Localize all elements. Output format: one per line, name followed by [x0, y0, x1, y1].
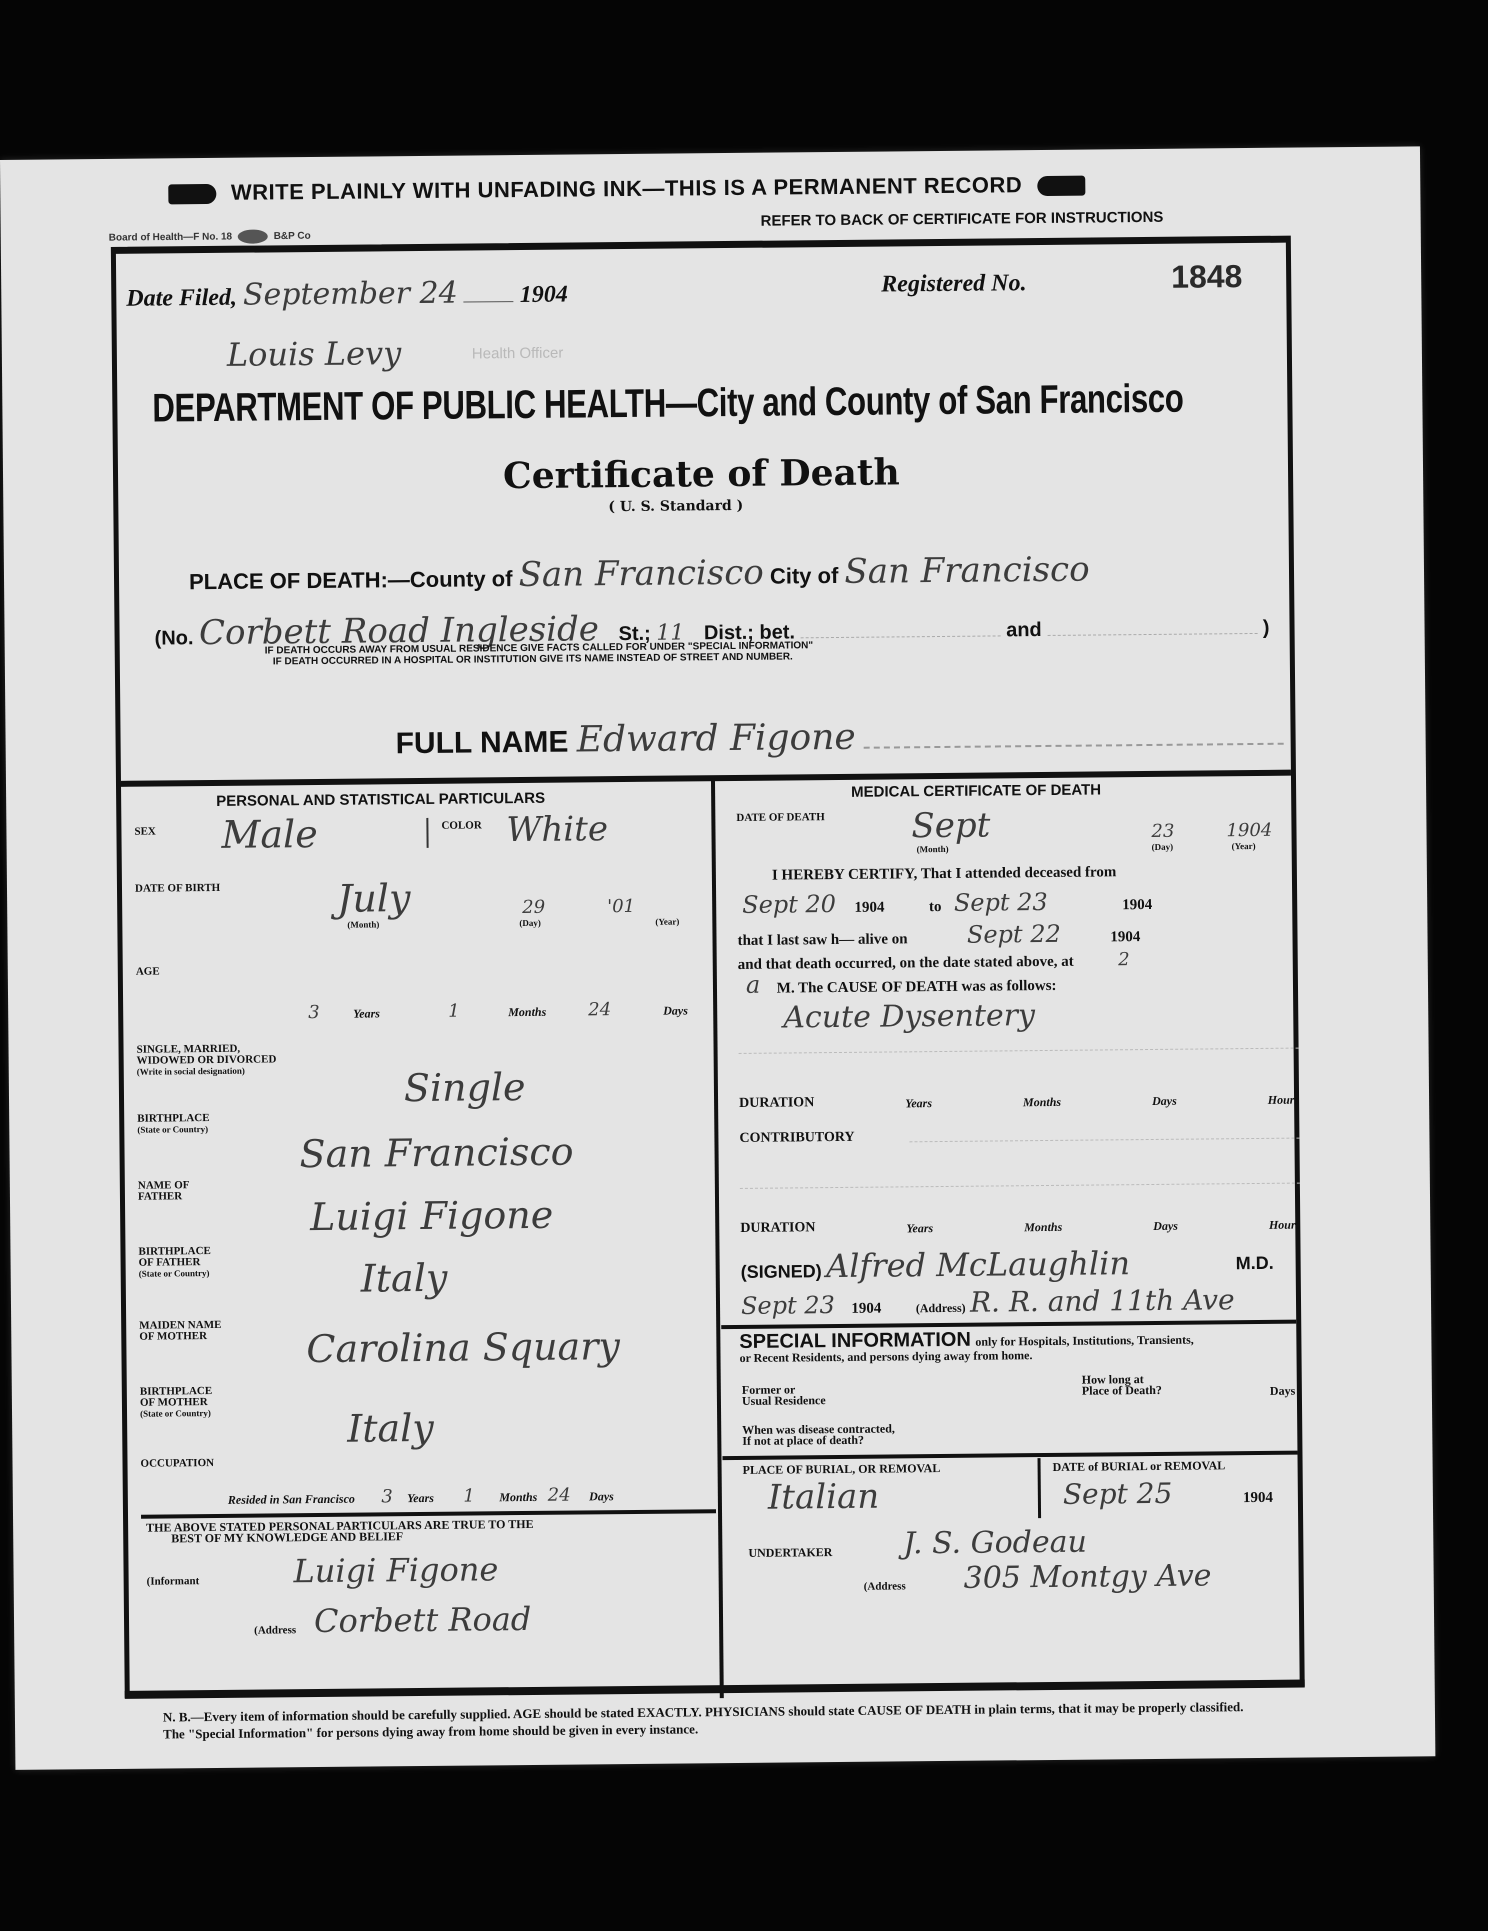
certificate-paper: WRITE PLAINLY WITH UNFADING INK—THIS IS …	[0, 146, 1435, 1770]
mother-label: MAIDEN NAME OF MOTHER	[139, 1320, 221, 1343]
health-officer-stamp: Health Officer	[472, 345, 564, 363]
sex-label: SEX	[134, 827, 156, 838]
marital-value: Single	[404, 1065, 526, 1110]
pointing-hand-icon	[1037, 176, 1085, 196]
certify-text: I HEREBY CERTIFY, That I attended deceas…	[772, 864, 1117, 884]
how-long-label: How long at Place of Death?	[1082, 1374, 1162, 1397]
father-birthplace-label: BIRTHPLACE OF FATHER (State or Country)	[138, 1246, 211, 1280]
burial-place-label: PLACE OF BURIAL, OR REMOVAL	[743, 1463, 941, 1476]
marital-label: SINGLE, MARRIED, WIDOWED OR DIVORCED (Wr…	[136, 1043, 276, 1077]
dod-year: 1904	[1226, 820, 1272, 841]
father-birthplace-value: Italy	[361, 1256, 448, 1301]
informant-label: (Informant	[147, 1576, 200, 1588]
occupation-label: OCCUPATION	[140, 1458, 214, 1470]
dod-day: 23	[1151, 821, 1174, 842]
registered-label: Registered No.	[881, 270, 1027, 298]
burial-place-value: Italian	[768, 1477, 880, 1518]
county-value: San Francisco	[518, 553, 764, 595]
color-label: COLOR	[441, 820, 481, 831]
dod-label: DATE OF DEATH	[736, 812, 825, 824]
undertaker-label: UNDERTAKER	[748, 1547, 832, 1559]
registered-number: 1848	[1171, 258, 1243, 296]
informant-address-value: Corbett Road	[314, 1600, 532, 1640]
cause-of-death-value: Acute Dysentery	[783, 998, 1035, 1035]
health-officer-signature: Louis Levy	[227, 334, 402, 374]
birthplace-value: San Francisco	[299, 1130, 573, 1177]
burial-date-value: Sept 25	[1063, 1477, 1173, 1511]
refer-instructions: REFER TO BACK OF CERTIFICATE FOR INSTRUC…	[761, 209, 1164, 230]
father-label: NAME OF FATHER	[138, 1180, 190, 1202]
pointing-hand-icon	[168, 184, 216, 204]
undertaker-address-label: (Address	[864, 1581, 906, 1592]
attended-dates: Sept 20 1904 to Sept 23 1904	[742, 887, 1152, 919]
full-name-value: Edward Figone	[577, 717, 856, 761]
last-saw-alive: that I last saw h— alive on Sept 22 1904	[737, 919, 1140, 951]
footer-note: N. B.—Every item of information should b…	[163, 1698, 1263, 1743]
undertaker-address-value: 305 Montgy Ave	[963, 1558, 1211, 1595]
date-filed-year: 1904	[520, 282, 568, 308]
dob-year: '01	[607, 896, 635, 917]
physician-signature: (SIGNED) Alfred McLaughlin	[740, 1244, 1130, 1286]
mother-birthplace-value: Italy	[347, 1406, 434, 1451]
date-filed: Date Filed, September 24 1904	[126, 275, 568, 314]
informant-address-label: (Address	[254, 1625, 296, 1636]
sex-value: Male	[221, 812, 318, 857]
age-years: 3	[308, 1002, 320, 1023]
cause-of-death-line: a M. The CAUSE OF DEATH was as follows:	[746, 968, 1057, 999]
burial-year: 1904	[1243, 1490, 1273, 1507]
permanent-record-banner: WRITE PLAINLY WITH UNFADING INK—THIS IS …	[160, 172, 1093, 207]
signed-date-address: Sept 23 1904 (Address) R. R. and 11th Av…	[741, 1283, 1235, 1321]
certificate-title: Certificate of Death	[503, 451, 900, 497]
age-months: 1	[448, 1001, 460, 1022]
city-value: San Francisco	[844, 550, 1090, 592]
age-label: AGE	[136, 967, 160, 978]
form-number: Board of Health—F No. 18 B&P Co	[109, 229, 311, 245]
informant-value: Luigi Figone	[293, 1550, 498, 1590]
personal-heading: PERSONAL AND STATISTICAL PARTICULARS	[216, 790, 545, 810]
medical-heading: MEDICAL CERTIFICATE OF DEATH	[851, 781, 1101, 800]
contracted-label: When was disease contracted, If not at p…	[742, 1423, 895, 1446]
mother-value: Carolina Squary	[306, 1324, 620, 1371]
burial-date-label: DATE of BURIAL or REMOVAL	[1053, 1460, 1226, 1473]
md-label: M.D.	[1236, 1253, 1274, 1274]
color-value: White	[506, 809, 608, 850]
date-filed-value: September 24	[243, 276, 458, 313]
undertaker-value: J. S. Godeau	[903, 1525, 1087, 1562]
mother-birthplace-label: BIRTHPLACE OF MOTHER (State or Country)	[140, 1386, 213, 1420]
birthplace-label: BIRTHPLACE (State or Country)	[137, 1113, 210, 1136]
full-name: FULL NAME Edward Figone	[395, 713, 1284, 763]
contributory-label: CONTRIBUTORY	[739, 1132, 854, 1144]
banner-text: WRITE PLAINLY WITH UNFADING INK—THIS IS …	[231, 172, 1022, 205]
dob-label: DATE OF BIRTH	[135, 883, 220, 895]
father-value: Luigi Figone	[310, 1193, 554, 1239]
resided-in-sf: Resided in San Francisco 3 Years 1 Month…	[228, 1484, 614, 1509]
us-standard: ( U. S. Standard )	[608, 498, 743, 515]
dob-month: July	[337, 876, 411, 921]
dob-day: 29	[522, 897, 545, 918]
attestation: THE ABOVE STATED PERSONAL PARTICULARS AR…	[146, 1519, 534, 1545]
age-days: 24	[588, 999, 611, 1020]
union-label-seal-icon	[238, 229, 268, 243]
former-residence-label: Former or Usual Residence	[742, 1384, 826, 1407]
dod-month: Sept	[911, 806, 990, 847]
